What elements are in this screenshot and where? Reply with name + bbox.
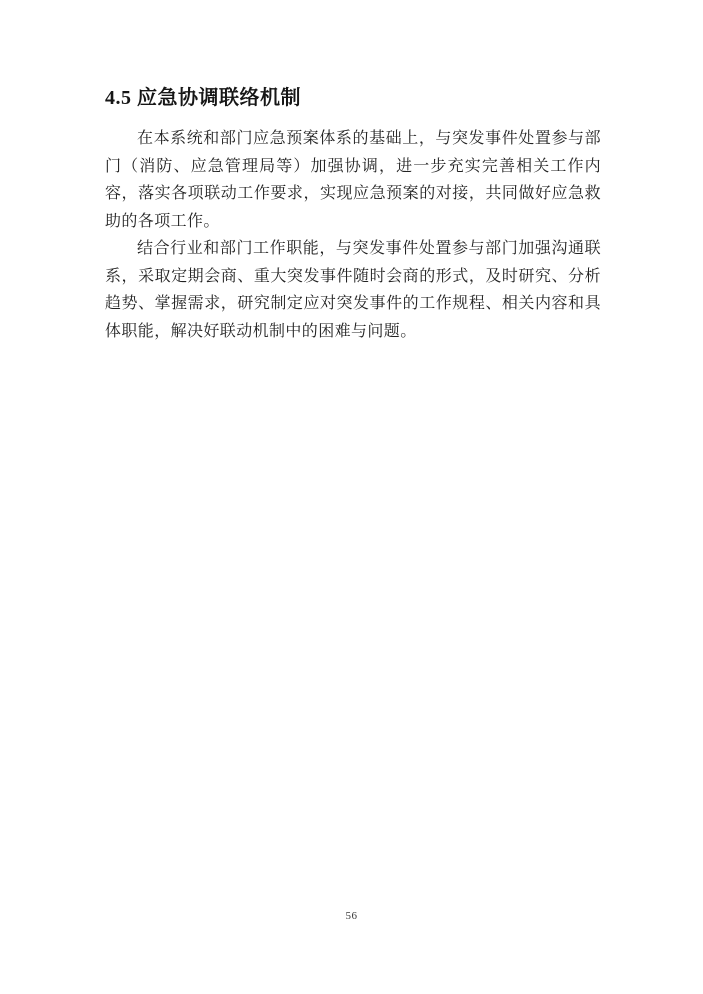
paragraph-1: 在本系统和部门应急预案体系的基础上，与突发事件处置参与部门（消防、应急管理局等）…: [105, 125, 601, 235]
page-number: 56: [0, 910, 703, 922]
paragraph-2: 结合行业和部门工作职能，与突发事件处置参与部门加强沟通联系，采取定期会商、重大突…: [105, 235, 601, 345]
document-page: 4.5 应急协调联络机制 在本系统和部门应急预案体系的基础上，与突发事件处置参与…: [0, 0, 703, 994]
section-heading: 4.5 应急协调联络机制: [105, 84, 601, 112]
text-block: 4.5 应急协调联络机制 在本系统和部门应急预案体系的基础上，与突发事件处置参与…: [105, 84, 601, 345]
